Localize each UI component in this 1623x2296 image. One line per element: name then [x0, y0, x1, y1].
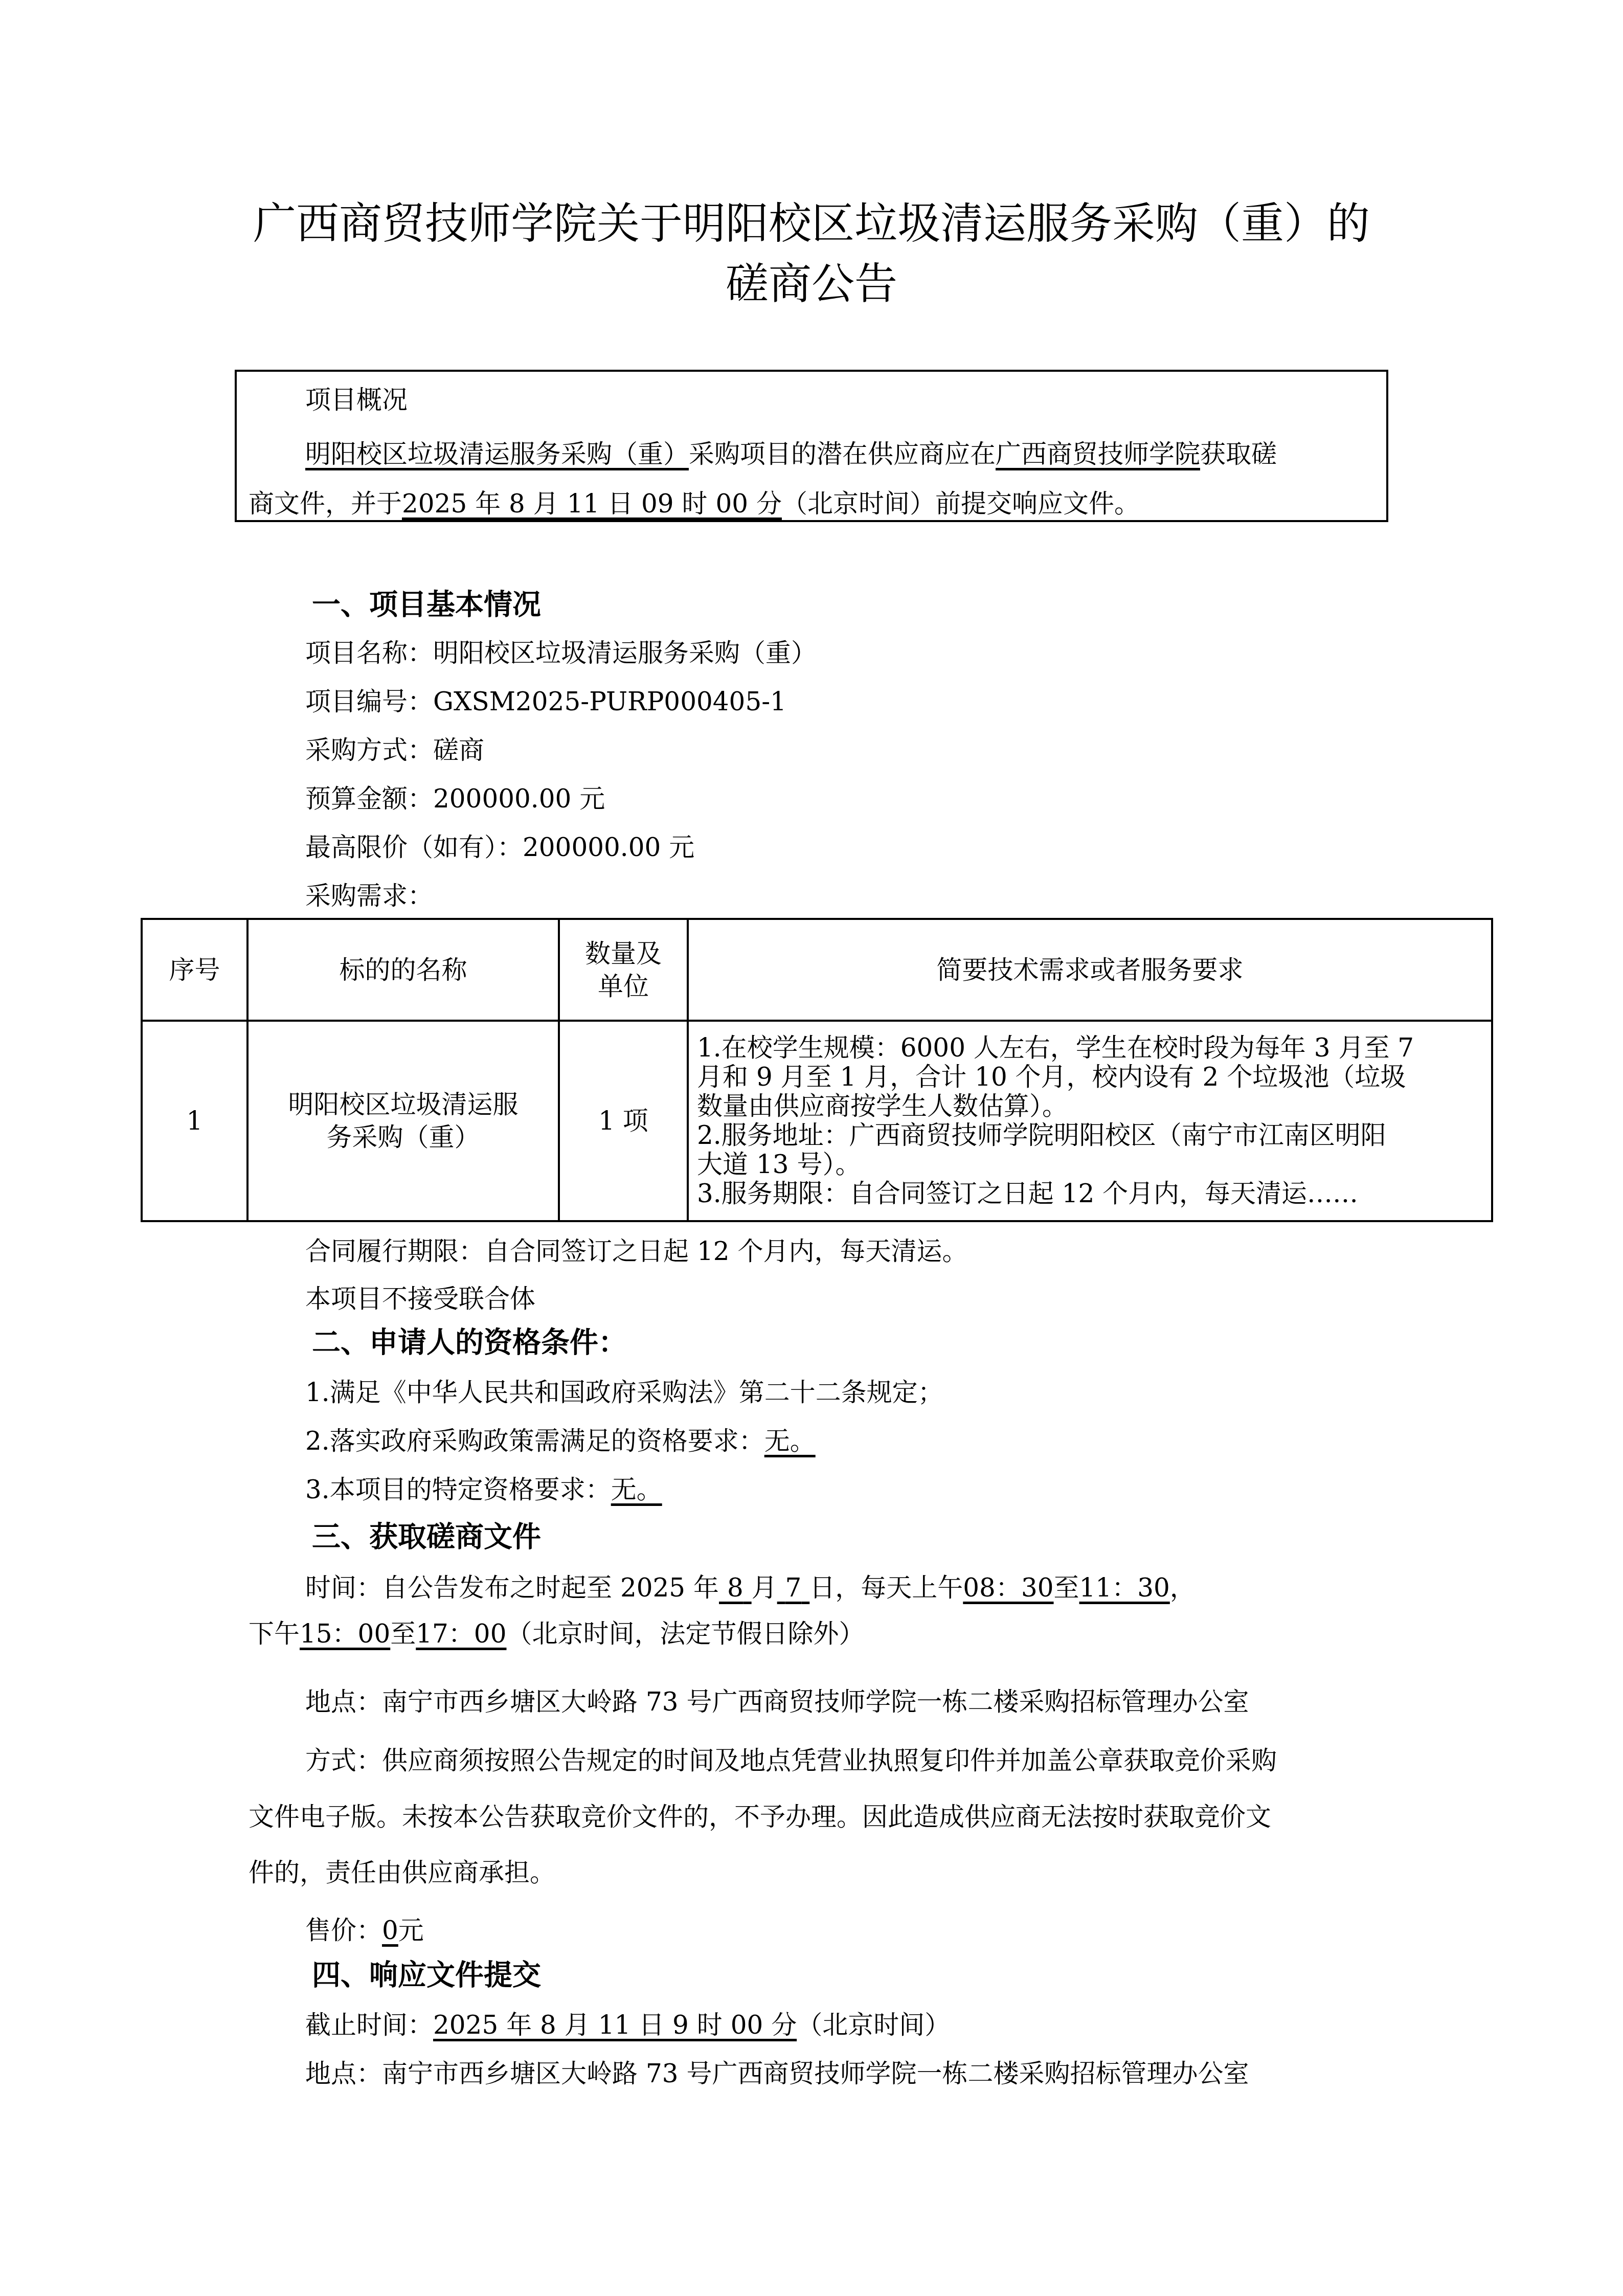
- contract-period: 合同履行期限：自合同签订之日起 12 个月内，每天清运。: [305, 1236, 967, 1267]
- overview-project-name: 明阳校区垃圾清运服务采购（重）: [305, 439, 689, 469]
- qualification-item-2: 2.落实政府采购政策需满足的资格要求：无。: [305, 1426, 816, 1456]
- obtain-time-line-2: 下午15：00至17：00（北京时间，法定节假日除外）: [249, 1618, 865, 1649]
- page-title: 广西商贸技师学院关于明阳校区垃圾清运服务采购（重）的 磋商公告: [0, 193, 1623, 314]
- overview-heading: 项目概况: [305, 385, 408, 415]
- overview-line-1: 明阳校区垃圾清运服务采购（重）采购项目的潜在供应商应在广西商贸技师学院获取磋: [305, 439, 1277, 469]
- field-budget: 预算金额：200000.00 元: [305, 783, 605, 814]
- cell-item-name: 明阳校区垃圾清运服 务采购（重）: [247, 1021, 559, 1221]
- table-header-row: 序号 标的的名称 数量及 单位 简要技术需求或者服务要求: [142, 919, 1492, 1021]
- pm-start-time: 15：00: [300, 1619, 390, 1649]
- submission-location: 地点：南宁市西乡塘区大岭路 73 号广西商贸技师学院一栋二楼采购招标管理办公室: [305, 2058, 1249, 2089]
- table-row: 1 明阳校区垃圾清运服 务采购（重） 1 项 1.在校学生规模：6000 人左右…: [142, 1021, 1492, 1221]
- obtain-method-line-1: 方式：供应商须按照公告规定的时间及地点凭营业执照复印件并加盖公章获取竞价采购: [305, 1745, 1277, 1776]
- field-requirements-label: 采购需求：: [305, 881, 433, 911]
- cell-quantity: 1 项: [559, 1021, 688, 1221]
- section-3-heading: 三、获取磋商文件: [312, 1520, 541, 1554]
- header-requirements: 简要技术需求或者服务要求: [688, 919, 1492, 1021]
- field-max-price: 最高限价（如有）：200000.00 元: [305, 832, 694, 863]
- obtain-day: 7: [777, 1573, 810, 1603]
- header-item-name: 标的的名称: [247, 919, 559, 1021]
- pm-end-time: 17：00: [416, 1619, 506, 1649]
- overview-deadline: 2025 年 8 月 11 日 09 时 00 分: [402, 489, 782, 519]
- am-start-time: 08：30: [963, 1573, 1053, 1603]
- header-quantity-unit: 数量及 单位: [559, 919, 688, 1021]
- obtain-method-line-3: 件的，责任由供应商承担。: [249, 1857, 555, 1888]
- cell-requirements: 1.在校学生规模：6000 人左右，学生在校时段为每年 3 月至 7 月和 9 …: [688, 1021, 1492, 1221]
- title-line-2: 磋商公告: [0, 254, 1623, 314]
- section-1-heading: 一、项目基本情况: [312, 588, 541, 622]
- title-line-1: 广西商贸技师学院关于明阳校区垃圾清运服务采购（重）的: [0, 193, 1623, 254]
- qualification-item-3: 3.本项目的特定资格要求：无。: [305, 1474, 662, 1505]
- consortium-note: 本项目不接受联合体: [305, 1284, 535, 1314]
- am-end-time: 11：30: [1079, 1573, 1170, 1603]
- field-project-number: 项目编号：GXSM2025-PURP000405-1: [305, 686, 786, 717]
- section-2-heading: 二、申请人的资格条件：: [312, 1326, 627, 1360]
- header-index: 序号: [142, 919, 247, 1021]
- qualification-item-1: 1.满足《中华人民共和国政府采购法》第二十二条规定；: [305, 1377, 943, 1408]
- document-price: 售价：0元: [305, 1915, 424, 1946]
- obtain-location: 地点：南宁市西乡塘区大岭路 73 号广西商贸技师学院一栋二楼采购招标管理办公室: [305, 1686, 1249, 1717]
- obtain-month: 8: [719, 1573, 752, 1603]
- obtain-method-line-2: 文件电子版。未按本公告获取竞价文件的，不予办理。因此造成供应商无法按时获取竞价文: [249, 1802, 1271, 1832]
- requirements-table: 序号 标的的名称 数量及 单位 简要技术需求或者服务要求 1 明阳校区垃圾清运服…: [141, 918, 1493, 1222]
- field-procurement-method: 采购方式：磋商: [305, 735, 484, 766]
- field-project-name: 项目名称：明阳校区垃圾清运服务采购（重）: [305, 638, 817, 668]
- cell-index: 1: [142, 1021, 247, 1221]
- obtain-time-line-1: 时间：自公告发布之时起至 2025 年 8 月 7 日，每天上午08：30至11…: [305, 1572, 1196, 1603]
- section-4-heading: 四、响应文件提交: [312, 1959, 541, 1992]
- submission-deadline: 截止时间：2025 年 8 月 11 日 9 时 00 分（北京时间）: [305, 2010, 950, 2040]
- overview-line-2: 商文件，并于2025 年 8 月 11 日 09 时 00 分（北京时间）前提交…: [249, 488, 1140, 519]
- overview-place: 广西商贸技师学院: [996, 439, 1200, 469]
